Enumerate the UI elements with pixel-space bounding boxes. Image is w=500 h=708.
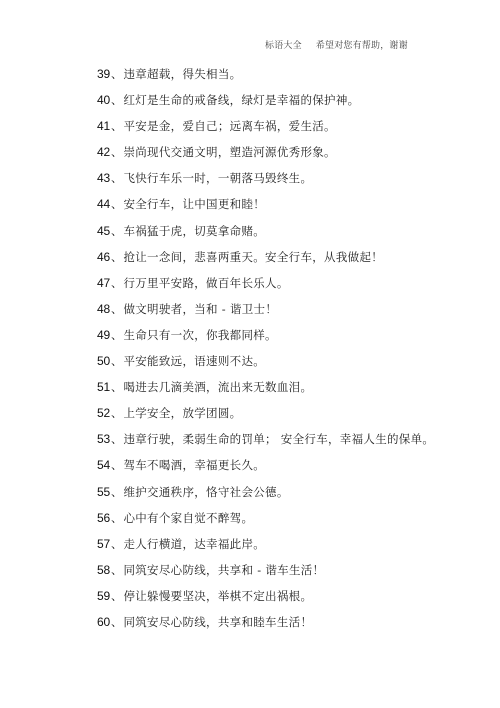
item-text: 安全行车，让中国更和睦！ [123,197,265,211]
item-text: 红灯是生命的戒备线，绿灯是幸福的保护神。 [123,93,359,107]
item-separator: 、 [111,380,123,394]
item-text: 喝进去几滴美酒，流出来无数血泪。 [123,380,312,394]
item-text: 抢让一念间，悲喜两重天。安全行车，从我做起！ [123,250,383,264]
item-separator: 、 [111,171,123,185]
list-item: 50、平安能致远，语速则不达。 [97,353,434,379]
item-separator: 、 [111,328,123,342]
item-text: 驾车不喝酒，幸福更长久。 [123,458,265,472]
list-item: 40、红灯是生命的戒备线，绿灯是幸福的保护神。 [97,92,434,118]
item-number: 60 [97,615,110,629]
item-text: 上学安全，放学团圆。 [123,406,241,420]
list-item: 41、平安是金，爱自己；远离车祸，爱生活。 [97,118,434,144]
item-number: 39 [97,67,110,81]
item-number: 41 [97,119,110,133]
list-item: 59、停让躲慢要坚决，举棋不定出祸根。 [97,588,434,614]
item-text: 平安是金，爱自己；远离车祸，爱生活。 [123,119,335,133]
list-item: 55、维护交通秩序，恪守社会公德。 [97,484,434,510]
item-separator: 、 [111,615,123,629]
item-number: 46 [97,250,110,264]
item-number: 48 [97,302,110,316]
list-item: 53、违章行驶，柔弱生命的罚单； 安全行车，幸福人生的保单。 [97,431,434,457]
item-separator: 、 [111,276,123,290]
item-separator: 、 [111,197,123,211]
item-number: 50 [97,354,110,368]
item-text: 维护交通秩序，恪守社会公德。 [123,485,288,499]
item-separator: 、 [111,145,123,159]
list-item: 60、同筑安尽心防线，共享和睦车生活！ [97,614,434,640]
item-separator: 、 [111,563,123,577]
item-text: 行万里平安路，做百年长乐人。 [123,276,288,290]
header-message: 希望对您有帮助，谢谢 [316,41,408,51]
list-item: 58、同筑安尽心防线，共享和 - 谐车生活！ [97,562,434,588]
list-item: 57、走人行横道，达幸福此岸。 [97,536,434,562]
item-text: 崇尚现代交通文明，塑造河源优秀形象。 [123,145,335,159]
item-separator: 、 [111,93,123,107]
item-text: 平安能致远，语速则不达。 [123,354,265,368]
list-item: 42、崇尚现代交通文明，塑造河源优秀形象。 [97,144,434,170]
item-number: 49 [97,328,110,342]
item-number: 56 [97,511,110,525]
item-text: 生命只有一次，你我都同样。 [123,328,276,342]
list-item: 48、做文明驶者，当和 - 谐卫士！ [97,301,434,327]
header-site-name: 标语大全 [265,41,302,51]
item-number: 44 [97,197,110,211]
item-separator: 、 [111,511,123,525]
item-number: 55 [97,485,110,499]
item-text: 飞快行车乐一时，一朝落马毁终生。 [123,171,312,185]
item-number: 51 [97,380,110,394]
item-separator: 、 [111,589,123,603]
list-item: 47、行万里平安路，做百年长乐人。 [97,275,434,301]
item-separator: 、 [111,458,123,472]
item-number: 47 [97,276,110,290]
item-number: 45 [97,224,110,238]
slogan-list: 39、违章超载，得失相当。 40、红灯是生命的戒备线，绿灯是幸福的保护神。 41… [97,66,434,640]
item-number: 43 [97,171,110,185]
item-text: 心中有个家自觉不醉驾。 [123,511,253,525]
item-text: 同筑安尽心防线，共享和睦车生活！ [123,615,312,629]
item-number: 58 [97,563,110,577]
item-separator: 、 [111,119,123,133]
item-text: 违章行驶，柔弱生命的罚单； 安全行车，幸福人生的保单。 [123,432,434,446]
item-text: 违章超载，得失相当。 [123,67,241,81]
item-number: 52 [97,406,110,420]
item-number: 59 [97,589,110,603]
item-number: 54 [97,458,110,472]
list-item: 51、喝进去几滴美酒，流出来无数血泪。 [97,379,434,405]
list-item: 46、抢让一念间，悲喜两重天。安全行车，从我做起！ [97,249,434,275]
item-text: 做文明驶者，当和 - 谐卫士！ [123,302,277,316]
item-number: 40 [97,93,110,107]
item-number: 42 [97,145,110,159]
list-item: 56、心中有个家自觉不醉驾。 [97,510,434,536]
item-separator: 、 [111,406,123,420]
item-text: 车祸猛于虎，切莫拿命赌。 [123,224,265,238]
item-separator: 、 [111,354,123,368]
list-item: 49、生命只有一次，你我都同样。 [97,327,434,353]
item-text: 走人行横道，达幸福此岸。 [123,537,265,551]
item-separator: 、 [111,537,123,551]
item-text: 停让躲慢要坚决，举棋不定出祸根。 [123,589,312,603]
list-item: 45、车祸猛于虎，切莫拿命赌。 [97,223,434,249]
item-text: 同筑安尽心防线，共享和 - 谐车生活！ [123,563,324,577]
page-header: 标语大全希望对您有帮助，谢谢 [265,38,408,51]
item-separator: 、 [111,432,123,446]
list-item: 39、违章超载，得失相当。 [97,66,434,92]
item-separator: 、 [111,250,123,264]
item-number: 53 [97,432,110,446]
item-separator: 、 [111,302,123,316]
list-item: 43、飞快行车乐一时，一朝落马毁终生。 [97,170,434,196]
list-item: 44、安全行车，让中国更和睦！ [97,196,434,222]
item-separator: 、 [111,224,123,238]
list-item: 54、驾车不喝酒，幸福更长久。 [97,457,434,483]
item-number: 57 [97,537,110,551]
item-separator: 、 [111,485,123,499]
list-item: 52、上学安全，放学团圆。 [97,405,434,431]
item-separator: 、 [111,67,123,81]
